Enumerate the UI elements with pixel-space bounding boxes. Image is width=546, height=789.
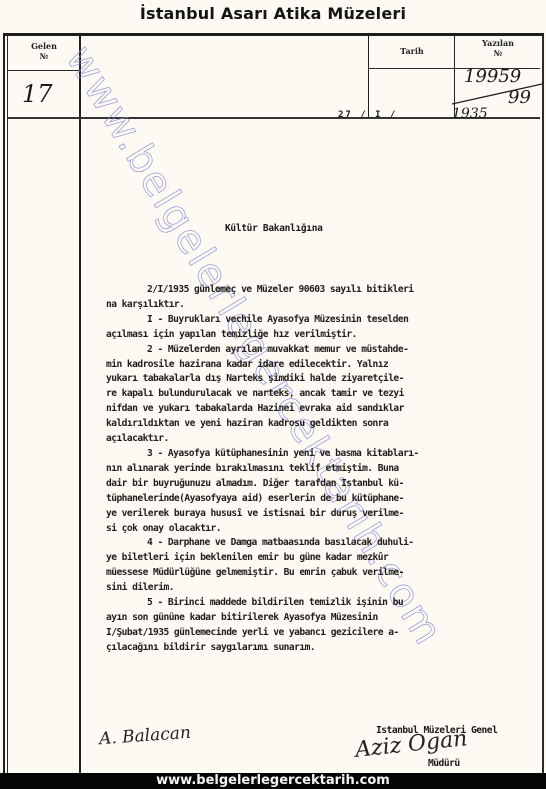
gelen-no-symbol: №	[12, 51, 76, 61]
footer-url[interactable]: www.belgelerlegercektarih.com	[156, 773, 390, 788]
signature-title-line2: Müdürü	[376, 758, 497, 769]
letter-line: min kadrosile hazirana kadar idare edile…	[106, 358, 522, 373]
letter-line: 2/I/1935 günlemeç ve Müzeler 90603 sayıl…	[127, 283, 522, 298]
gelen-label: Gelen №	[12, 41, 76, 61]
letter-line: açılması için yapılan temizliğe hız veri…	[106, 328, 522, 343]
letter-line: 5 - Birinci maddede bildirilen temizlik …	[127, 596, 522, 611]
recipient-line: Kültür Bakanlığına	[225, 223, 323, 234]
typed-date: 27 / I /	[338, 110, 397, 120]
letter-line: ye biletleri için beklenilen emir bu gün…	[106, 551, 522, 566]
header-row-line-gelen	[8, 70, 79, 71]
letter-line: tüphanelerinde(Ayasofyaya aid) eserlerin…	[106, 492, 522, 507]
footer-url-bar: www.belgelerlegercektarih.com	[0, 773, 546, 789]
tarih-label: Tarih	[372, 46, 452, 56]
column-divider-tarih	[368, 35, 369, 117]
column-divider-gelen	[79, 35, 81, 773]
yazilan-label: Yazılan №	[458, 38, 538, 58]
letter-line: çılacağını bildirir saygılarımı sunarım.	[106, 641, 522, 656]
document-title: İstanbul Asarı Atika Müzeleri	[0, 4, 546, 23]
letter-line: açılacaktır.	[106, 432, 522, 447]
letter-line: ye verilerek buraya hususî ve istisnai b…	[106, 507, 522, 522]
letter-line: na karşılıktır.	[106, 298, 522, 313]
letter-line: kaldırıldıktan ve yeni haziran kadrosu g…	[106, 417, 522, 432]
letter-line: yukarı tabakalarla dış Narteks şimdiki h…	[106, 372, 522, 387]
form-frame-inner-line	[7, 36, 8, 776]
letter-line: 3 - Ayasofya kütüphanesinin yeni ve basm…	[127, 447, 522, 462]
letter-line: I/Şubat/1935 günlemecinde yerli ve yaban…	[106, 626, 522, 641]
letter-line: müessese Müdürlüğüne gelmemiştir. Bu emr…	[106, 566, 522, 581]
yazilan-no-symbol: №	[458, 48, 538, 58]
letter-line: re kapalı bulundurulacak ve narteks, anc…	[106, 387, 522, 402]
letter-line: 4 - Darphane ve Damga matbaasında basıla…	[127, 536, 522, 551]
letter-line: ayın son gününe kadar bitirilerek Ayasof…	[106, 611, 522, 626]
letter-line: nifdan ve yukarı tabakalarda Hazinei evr…	[106, 402, 522, 417]
letter-line: sini dilerim.	[106, 581, 522, 596]
letter-line: si çok onay olacaktır.	[106, 522, 522, 537]
gelen-number: 17	[22, 80, 53, 108]
letter-line: dair bir buyruğunuzu almadım. Diğer tara…	[106, 477, 522, 492]
yazilan-text: Yazılan	[458, 38, 538, 48]
letter-line: 2 - Müzelerden ayrılan muvakkat memur ve…	[127, 343, 522, 358]
handwritten-year: 1935	[452, 106, 488, 122]
letter-line: nın alınarak yerinde bırakılmasını tekli…	[106, 462, 522, 477]
letter-line: I - Buyrukları vechile Ayasofya Müzesini…	[127, 313, 522, 328]
yazilan-number-bottom: 99	[508, 87, 531, 108]
letter-body: 2/I/1935 günlemeç ve Müzeler 90603 sayıl…	[127, 283, 522, 656]
gelen-text: Gelen	[12, 41, 76, 51]
